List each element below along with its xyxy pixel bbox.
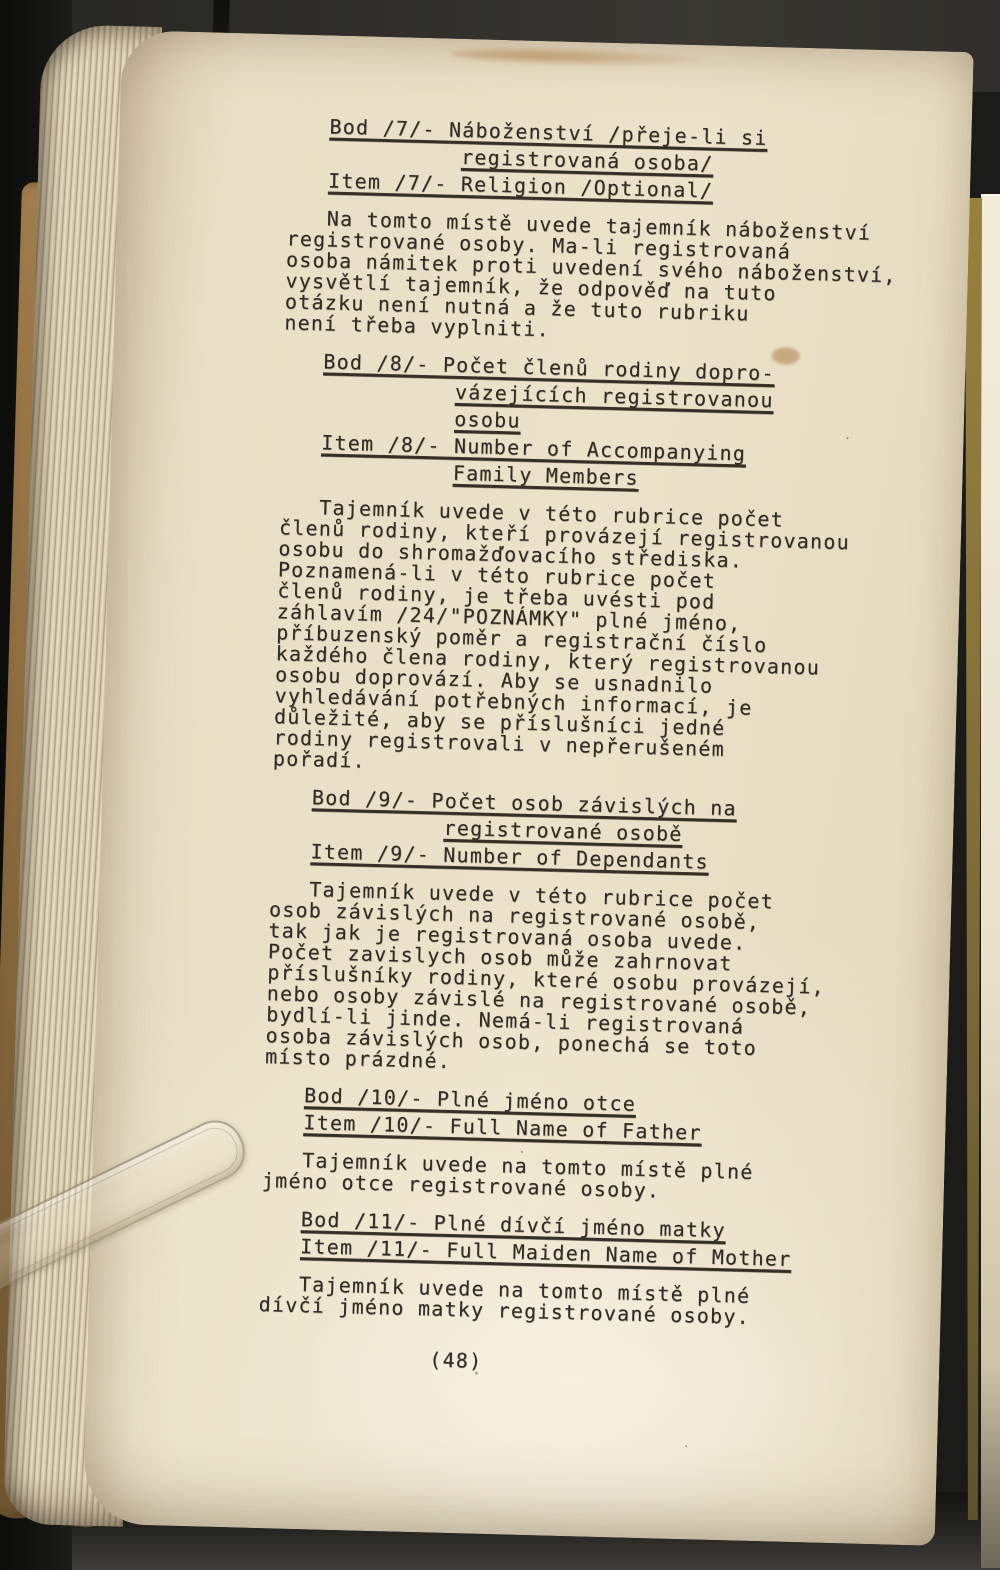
item-10-body: Tajemník uvede na tomto místě plnéjméno …	[262, 1149, 903, 1208]
item-7-heading: Bod /7/- Náboženství /přeje-li siregistr…	[328, 113, 930, 210]
item-7-body: Na tomto místě uvede tajemník náboženstv…	[284, 207, 927, 350]
body-line: pořadí.	[273, 746, 367, 772]
book-page: Bod /7/- Náboženství /přeje-li siregistr…	[83, 30, 974, 1546]
item-8-body: Tajemník uvede v této rubrice početčlenů…	[273, 496, 920, 786]
body-line: místo prázdné.	[265, 1044, 452, 1073]
item-11-heading: Bod /11/- Plné dívčí jméno matkyItem /11…	[300, 1206, 901, 1276]
book-photo: Bod /7/- Náboženství /přeje-li siregistr…	[0, 0, 1000, 1570]
gutter-shadow-strip	[963, 198, 982, 1520]
heading-line: osobu	[454, 407, 521, 433]
item-9-body: Tajemník uvede v této rubrice početosob …	[265, 878, 910, 1084]
item-9-heading: Bod /9/- Počet osob závislých naregistro…	[310, 784, 912, 881]
item-8-heading: Bod /8/- Počet členů rodiny dopro-vázejí…	[320, 348, 923, 499]
heading-line: Family Members	[453, 461, 640, 490]
facing-page-edge	[981, 194, 1000, 1568]
item-10-heading: Bod /10/- Plné jméno otceItem /10/- Full…	[303, 1082, 904, 1152]
heading-line: registrované osobě	[443, 816, 683, 846]
item-11-body: Tajemník uvede na tomto místě plnédívčí …	[258, 1273, 899, 1332]
